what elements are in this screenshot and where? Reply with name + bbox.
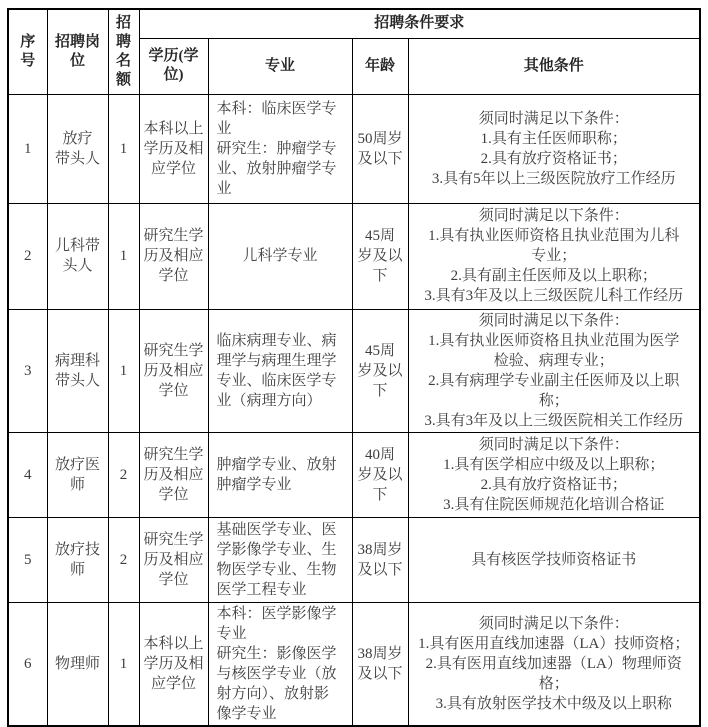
cell-major: 本科：医学影像学 专业 研究生：影像医学 与核医学专业（放 射方向）、放射影 像… bbox=[208, 602, 352, 726]
table-row: 1放疗 带头人1本科以上 学历及相 应学位本科：临床医学专 业 研究生：肿瘤学专… bbox=[8, 94, 700, 203]
cell-age: 38周岁 及以下 bbox=[352, 602, 408, 726]
cell-position: 病理科 带头人 bbox=[47, 309, 108, 432]
cell-major: 肿瘤学专业、放射 肿瘤学专业 bbox=[208, 432, 352, 517]
col-header-age: 年龄 bbox=[352, 38, 408, 94]
cell-position: 物理师 bbox=[47, 602, 108, 726]
cell-other: 须同时满足以下条件： 1.具有执业医师资格且执业范围为医学 检验、病理专业； 2… bbox=[408, 309, 700, 432]
cell-age: 50周岁 及以下 bbox=[352, 94, 408, 203]
table-row: 4放疗医 师2研究生学 历及相应 学位肿瘤学专业、放射 肿瘤学专业40周 岁及以… bbox=[8, 432, 700, 517]
col-header-education: 学历(学 位) bbox=[139, 38, 208, 94]
cell-quota: 2 bbox=[108, 432, 139, 517]
cell-education: 研究生学 历及相应 学位 bbox=[139, 517, 208, 602]
cell-other: 须同时满足以下条件： 1.具有医学相应中级及以上职称； 2.具有放疗资格证书； … bbox=[408, 432, 700, 517]
cell-age: 45周 岁及以 下 bbox=[352, 203, 408, 309]
col-header-major: 专业 bbox=[208, 38, 352, 94]
cell-other: 具有核医学技师资格证书 bbox=[408, 517, 700, 602]
cell-quota: 1 bbox=[108, 203, 139, 309]
cell-quota: 1 bbox=[108, 94, 139, 203]
cell-other: 须同时满足以下条件： 1.具有医用直线加速器（LA）技师资格； 2.具有医用直线… bbox=[408, 602, 700, 726]
cell-age: 38周岁 及以下 bbox=[352, 517, 408, 602]
cell-no: 2 bbox=[8, 203, 47, 309]
col-header-other: 其他条件 bbox=[408, 38, 700, 94]
cell-major: 本科：临床医学专 业 研究生：肿瘤学专 业、放射肿瘤学专 业 bbox=[208, 94, 352, 203]
col-header-requirements: 招聘条件要求 bbox=[139, 9, 700, 38]
cell-no: 5 bbox=[8, 517, 47, 602]
cell-position: 儿科带 头人 bbox=[47, 203, 108, 309]
cell-education: 研究生学 历及相应 学位 bbox=[139, 203, 208, 309]
cell-education: 研究生学 历及相应 学位 bbox=[139, 309, 208, 432]
table-row: 6物理师1本科以上 学历及相 应学位本科：医学影像学 专业 研究生：影像医学 与… bbox=[8, 602, 700, 726]
table-row: 5放疗技 师2研究生学 历及相应 学位基础医学专业、医 学影像学专业、生 物医学… bbox=[8, 517, 700, 602]
cell-education: 本科以上 学历及相 应学位 bbox=[139, 602, 208, 726]
cell-age: 45周 岁及以 下 bbox=[352, 309, 408, 432]
recruitment-table: 序号 招聘岗 位 招 聘 名 额 招聘条件要求 学历(学 位) 专业 年龄 其他… bbox=[7, 8, 701, 727]
cell-no: 3 bbox=[8, 309, 47, 432]
page: 序号 招聘岗 位 招 聘 名 额 招聘条件要求 学历(学 位) 专业 年龄 其他… bbox=[0, 0, 708, 727]
cell-major: 儿科学专业 bbox=[208, 203, 352, 309]
cell-education: 研究生学 历及相应 学位 bbox=[139, 432, 208, 517]
cell-age: 40周 岁及以 下 bbox=[352, 432, 408, 517]
table-body: 1放疗 带头人1本科以上 学历及相 应学位本科：临床医学专 业 研究生：肿瘤学专… bbox=[8, 94, 700, 726]
cell-no: 1 bbox=[8, 94, 47, 203]
col-header-no: 序号 bbox=[8, 9, 47, 94]
cell-other: 须同时满足以下条件： 1.具有主任医师职称； 2.具有放疗资格证书； 3.具有5… bbox=[408, 94, 700, 203]
table-row: 3病理科 带头人1研究生学 历及相应 学位临床病理专业、病 理学与病理生理学 专… bbox=[8, 309, 700, 432]
cell-quota: 1 bbox=[108, 602, 139, 726]
cell-quota: 1 bbox=[108, 309, 139, 432]
cell-major: 临床病理专业、病 理学与病理生理学 专业、临床医学专 业（病理方向） bbox=[208, 309, 352, 432]
cell-no: 4 bbox=[8, 432, 47, 517]
cell-no: 6 bbox=[8, 602, 47, 726]
cell-position: 放疗技 师 bbox=[47, 517, 108, 602]
cell-position: 放疗 带头人 bbox=[47, 94, 108, 203]
table-header: 序号 招聘岗 位 招 聘 名 额 招聘条件要求 学历(学 位) 专业 年龄 其他… bbox=[8, 9, 700, 94]
cell-other: 须同时满足以下条件： 1.具有执业医师资格且执业范围为儿科 专业； 2.具有副主… bbox=[408, 203, 700, 309]
cell-quota: 2 bbox=[108, 517, 139, 602]
header-row-top: 序号 招聘岗 位 招 聘 名 额 招聘条件要求 bbox=[8, 9, 700, 38]
cell-position: 放疗医 师 bbox=[47, 432, 108, 517]
col-header-quota: 招 聘 名 额 bbox=[108, 9, 139, 94]
cell-major: 基础医学专业、医 学影像学专业、生 物医学专业、生物 医学工程专业 bbox=[208, 517, 352, 602]
table-row: 2儿科带 头人1研究生学 历及相应 学位儿科学专业45周 岁及以 下须同时满足以… bbox=[8, 203, 700, 309]
col-header-position: 招聘岗 位 bbox=[47, 9, 108, 94]
cell-education: 本科以上 学历及相 应学位 bbox=[139, 94, 208, 203]
